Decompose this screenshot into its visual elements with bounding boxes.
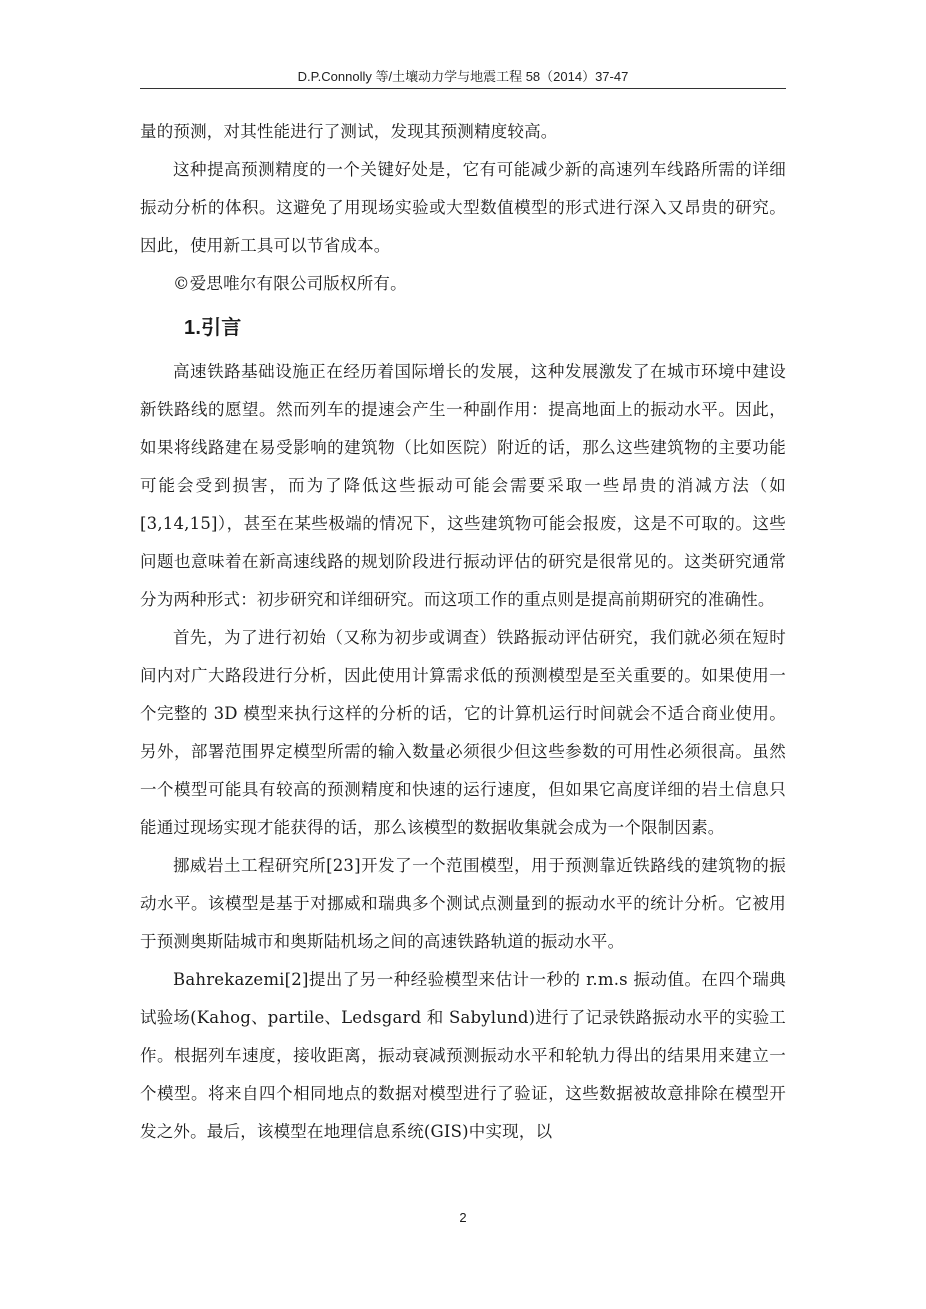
section-title: 1.引言 bbox=[140, 303, 786, 353]
paragraph-continuation: 量的预测，对其性能进行了测试，发现其预测精度较高。 bbox=[140, 113, 786, 151]
paragraph-introduction-1: 高速铁路基础设施正在经历着国际增长的发展，这种发展激发了在城市环境中建设新铁路线… bbox=[140, 353, 786, 619]
paragraph-introduction-3: 挪威岩土工程研究所[23]开发了一个范围模型，用于预测靠近铁路线的建筑物的振动水… bbox=[140, 847, 786, 961]
header-divider bbox=[140, 88, 786, 89]
document-page: D.P.Connolly 等/土壤动力学与地震工程 58（2014）37-47 … bbox=[0, 0, 926, 1309]
running-header: D.P.Connolly 等/土壤动力学与地震工程 58（2014）37-47 bbox=[140, 66, 786, 85]
paragraph-introduction-4: Bahrekazemi[2]提出了另一种经验模型来估计一秒的 r.m.s 振动值… bbox=[140, 961, 786, 1151]
body-text: 量的预测，对其性能进行了测试，发现其预测精度较高。 这种提高预测精度的一个关键好… bbox=[140, 113, 786, 1151]
page-number: 2 bbox=[0, 1210, 926, 1225]
paragraph-key-benefit: 这种提高预测精度的一个关键好处是，它有可能减少新的高速列车线路所需的详细振动分析… bbox=[140, 151, 786, 265]
copyright-notice: ©爱思唯尔有限公司版权所有。 bbox=[140, 265, 786, 303]
paragraph-introduction-2: 首先，为了进行初始（又称为初步或调查）铁路振动评估研究，我们就必须在短时间内对广… bbox=[140, 619, 786, 847]
